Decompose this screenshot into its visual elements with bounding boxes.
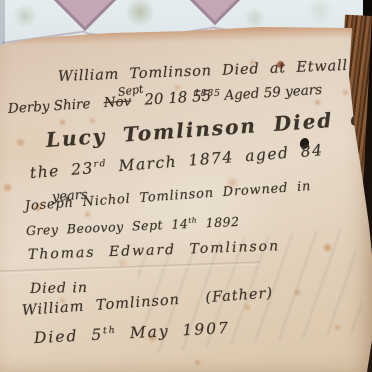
handwriting-date: 20 18 55 — [144, 87, 212, 109]
tile-diamond — [47, 0, 123, 31]
handwriting-line-died-in: Died in — [30, 280, 88, 297]
handwriting-text: Died 5 — [34, 326, 104, 348]
photo-of-handwritten-book-page: William Tomlinson Died at Etwall. Sept 1… — [0, 0, 372, 372]
handwriting-text: the 23 — [29, 159, 94, 182]
handwriting-line-joseph-date: Grey Beoovoy Sept 14th 1892 — [26, 214, 240, 238]
handwriting-age: Aged 59 years — [224, 82, 323, 104]
handwriting-text: Grey Beoovoy Sept 14 — [26, 216, 189, 238]
ordinal-superscript: th — [103, 325, 117, 337]
handwriting-struck-month: Nov — [103, 93, 132, 111]
aged-book-page: William Tomlinson Died at Etwall. Sept 1… — [0, 0, 372, 372]
handwriting-text: 1892 — [197, 214, 240, 231]
handwriting-place: Derby Shire — [8, 96, 91, 117]
tile-diamond — [177, 0, 253, 25]
handwriting-text: March 1874 aged 84 — [107, 141, 325, 176]
handwriting-line-joseph-drowned: Joseph Nichol Tomlinson Drowned in — [24, 179, 311, 214]
